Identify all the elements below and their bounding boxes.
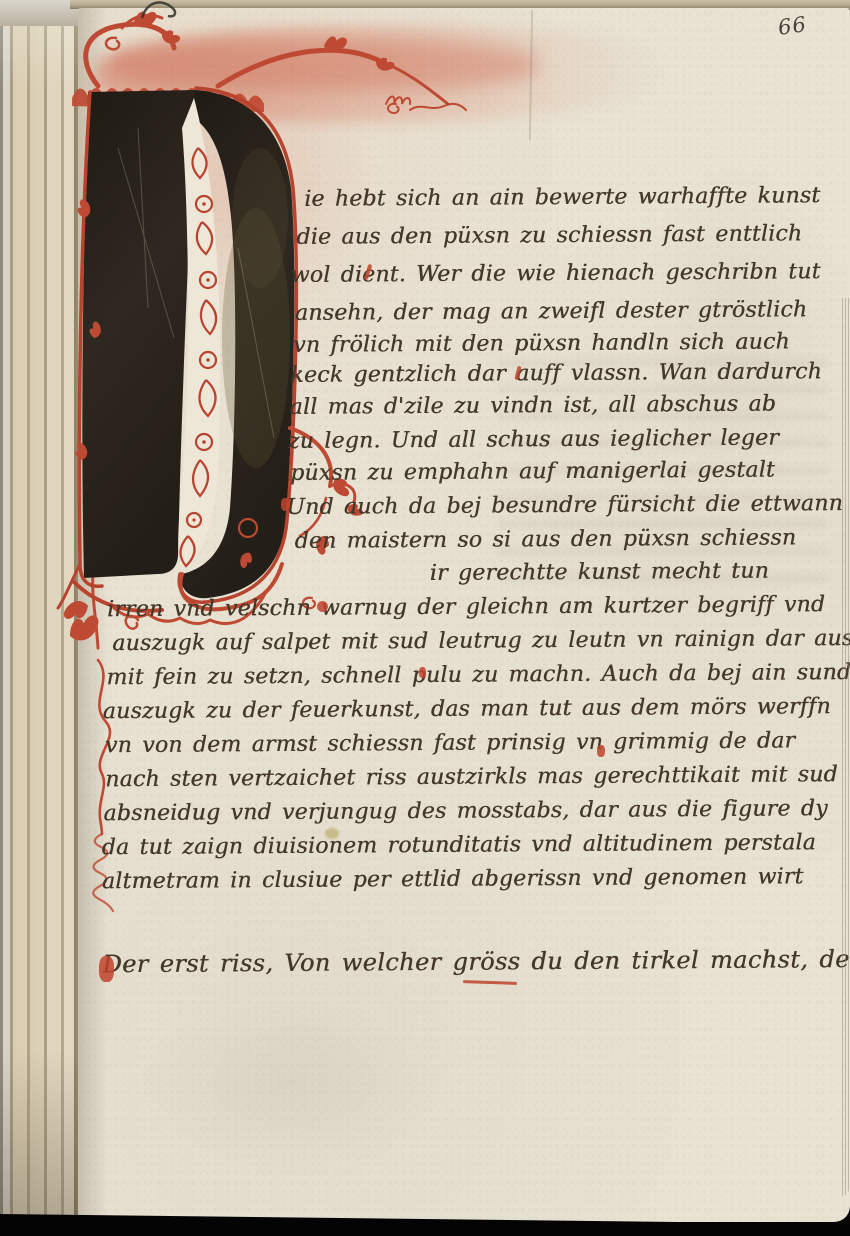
text-line: ansehn, der mag an zweifl dester gtröstl… [295,297,807,326]
text-line: nach sten vertzaichet riss austzirkls ma… [105,762,838,792]
text-line: mit fein zu setzn, schnell pulu zu machn… [106,660,850,690]
rubrication-mark [419,667,426,678]
text-line: auszugk auf salpet mit sud leutrug zu le… [112,626,850,656]
text-line: auszugk zu der feuerkunst, das man tut a… [103,694,831,724]
text-line: da tut zaign diuisionem rotunditatis vnd… [102,830,816,860]
page-edge-lines [842,298,849,1196]
text-line: ir gerechtte kunst mecht tun [430,559,769,586]
text-line: all mas d'zile zu vindn ist, all abschus… [290,392,777,420]
text-line: püxsn zu emphahn auf manigerlai gestalt [290,458,775,486]
rubrication-mark [281,498,290,511]
text-line: zu legn. Und all schus aus ieglicher leg… [288,426,779,454]
text-line: den maistern so si aus den püxsn schiess… [294,525,796,554]
text-line: irren vnd velschn warnug der gleichn am … [107,592,825,622]
text-block: ie hebt sich an ain bewerte warhaffte ku… [74,3,850,1222]
text-line: vn frölich mit den püxsn handln sich auc… [293,329,790,357]
rubrication-mark [597,745,605,757]
rubrication-mark [317,601,328,612]
rubric-initial-fill [99,956,114,982]
manuscript-photo: 66 [0,0,850,1236]
text-line: die aus den püxsn zu schiessn fast enttl… [296,221,802,250]
text-line: Und auch da bej besundre fürsicht die et… [286,491,843,520]
text-line: ie hebt sich an ain bewerte warhaffte ku… [304,183,820,212]
text-line: altmetram in clusiue per ettlid abgeriss… [102,864,804,894]
text-line: keck gentzlich dar auff vlassn. Wan dard… [290,359,822,388]
text-line: vn von dem armst schiessn fast prinsig v… [105,728,795,758]
manuscript-page: 66 [78,8,850,1222]
binding-clip [140,0,184,20]
text-line: absneidug vnd verjungug des mosstabs, da… [103,796,827,826]
rubric-line: Der erst riss, Von welcher gröss du den … [102,945,850,978]
